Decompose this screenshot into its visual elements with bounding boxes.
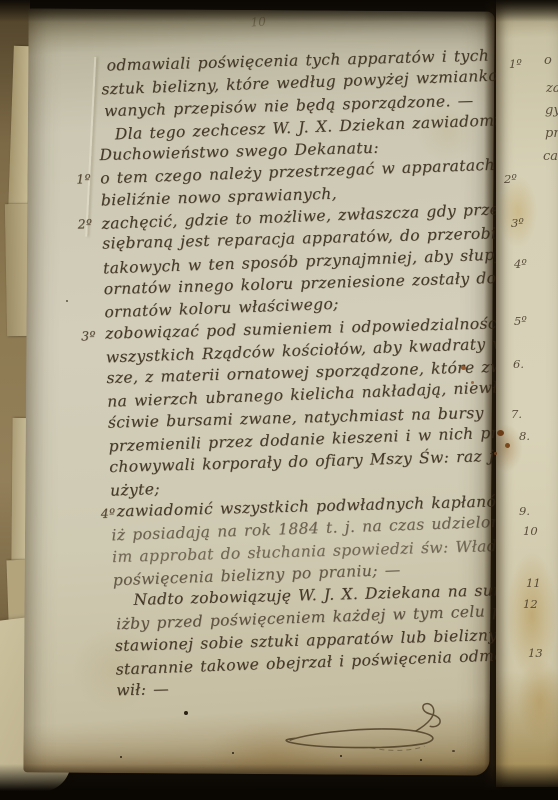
ink-speck bbox=[232, 752, 234, 754]
manuscript-page: 10 odmawiali poświęcenia tych apparatów … bbox=[23, 8, 494, 775]
next-page-item-number: 1º bbox=[509, 58, 522, 70]
foxing-spot bbox=[471, 381, 474, 384]
closing-flourish bbox=[275, 698, 465, 761]
manuscript-line-text: wił: — bbox=[116, 678, 169, 702]
manuscript-line-text: użyte; bbox=[110, 478, 161, 502]
next-page-item-number: 6. bbox=[513, 358, 524, 370]
ink-speck bbox=[120, 756, 122, 758]
item-number: 1º bbox=[76, 169, 91, 192]
next-page-item-number: 11 bbox=[526, 577, 541, 589]
manuscript-text: odmawiali poświęcenia tych apparatów i t… bbox=[96, 43, 516, 702]
next-page-text-fragment: pr bbox=[545, 127, 558, 140]
next-page-item-number: 4º bbox=[514, 258, 527, 270]
foxing-spot bbox=[505, 443, 510, 448]
foxing-spot bbox=[461, 366, 466, 370]
page-number: 10 bbox=[250, 15, 266, 30]
ink-speck bbox=[66, 300, 68, 302]
next-page-edge: 1º2º3º4º5º6.7.8.9.10111213ozagyprca bbox=[496, 0, 558, 787]
next-page-item-number: 5º bbox=[514, 315, 527, 327]
next-page-item-number: 2º bbox=[504, 173, 517, 185]
next-page-item-number: 8. bbox=[519, 430, 530, 442]
next-page-item-number: 10 bbox=[523, 525, 538, 537]
ink-speck bbox=[340, 755, 342, 757]
item-number: 3º bbox=[81, 325, 96, 348]
next-page-item-number: 9. bbox=[519, 505, 530, 517]
manuscript-photo: 10 odmawiali poświęcenia tych apparatów … bbox=[0, 0, 558, 800]
next-page-text-fragment: gy bbox=[545, 104, 558, 117]
next-page-item-number: 3º bbox=[511, 217, 524, 229]
ink-speck bbox=[420, 759, 422, 761]
next-page-text-fragment: o bbox=[544, 54, 552, 67]
next-page-item-number: 12 bbox=[523, 598, 538, 610]
next-page-text-fragment: ca bbox=[543, 150, 558, 163]
foxing-spot bbox=[497, 430, 504, 436]
item-number: 2º bbox=[77, 213, 92, 236]
paper-crease bbox=[85, 57, 96, 237]
next-page-text-fragment: za bbox=[546, 82, 558, 95]
ink-spot bbox=[184, 711, 188, 715]
ink-speck bbox=[452, 750, 455, 752]
next-page-item-number: 13 bbox=[528, 647, 543, 659]
next-page-item-number: 7. bbox=[511, 408, 522, 420]
foxing-spot bbox=[494, 452, 497, 455]
item-number: 4º bbox=[100, 502, 115, 525]
